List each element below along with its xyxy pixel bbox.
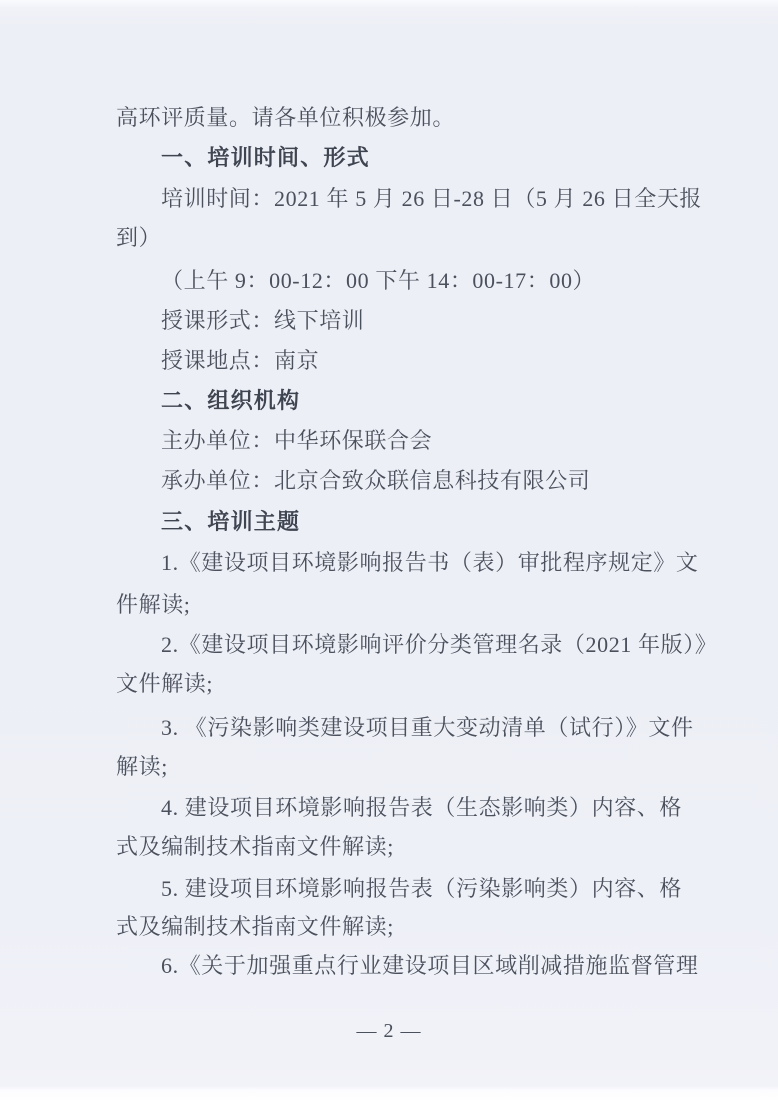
text-line: 4. 建设项目环境影响报告表（生态影响类）内容、格: [161, 788, 682, 828]
text-line: 6.《关于加强重点行业建设项目区域削减措施监督管理: [161, 946, 699, 986]
text-line: 授课地点：南京: [161, 341, 319, 381]
section-heading: 二、组织机构: [161, 381, 300, 421]
text-line: 解读;: [116, 747, 168, 787]
section-heading: 一、培训时间、形式: [161, 138, 370, 178]
page-number: — 2 —: [0, 1011, 778, 1051]
text-line: 文件解读;: [116, 664, 213, 704]
text-line: 式及编制技术指南文件解读;: [116, 827, 394, 867]
text-line: 1.《建设项目环境影响报告书（表）审批程序规定》文: [161, 543, 699, 583]
section-heading: 三、培训主题: [161, 502, 300, 542]
text-line: 培训时间：2021 年 5 月 26 日-28 日（5 月 26 日全天报: [161, 179, 702, 219]
text-line: 主办单位：中华环保联合会: [161, 421, 432, 461]
text-line: 3. 《污染影响类建设项目重大变动清单（试行）》文件: [161, 708, 694, 748]
text-line: 式及编制技术指南文件解读;: [116, 907, 394, 947]
text-line: 件解读;: [116, 585, 191, 625]
text-line: 到）: [116, 218, 161, 258]
text-line: 承办单位：北京合致众联信息科技有限公司: [161, 461, 590, 501]
text-line: 高环评质量。请各单位积极参加。: [116, 98, 455, 138]
document-page: 高环评质量。请各单位积极参加。一、培训时间、形式培训时间：2021 年 5 月 …: [0, 0, 778, 1100]
text-line: 授课形式：线下培训: [161, 301, 364, 341]
text-line: 5. 建设项目环境影响报告表（污染影响类）内容、格: [161, 869, 682, 909]
text-line: 2.《建设项目环境影响评价分类管理名录（2021 年版）》: [161, 625, 717, 665]
text-line: （上午 9：00-12：00 下午 14：00-17：00）: [161, 261, 595, 301]
